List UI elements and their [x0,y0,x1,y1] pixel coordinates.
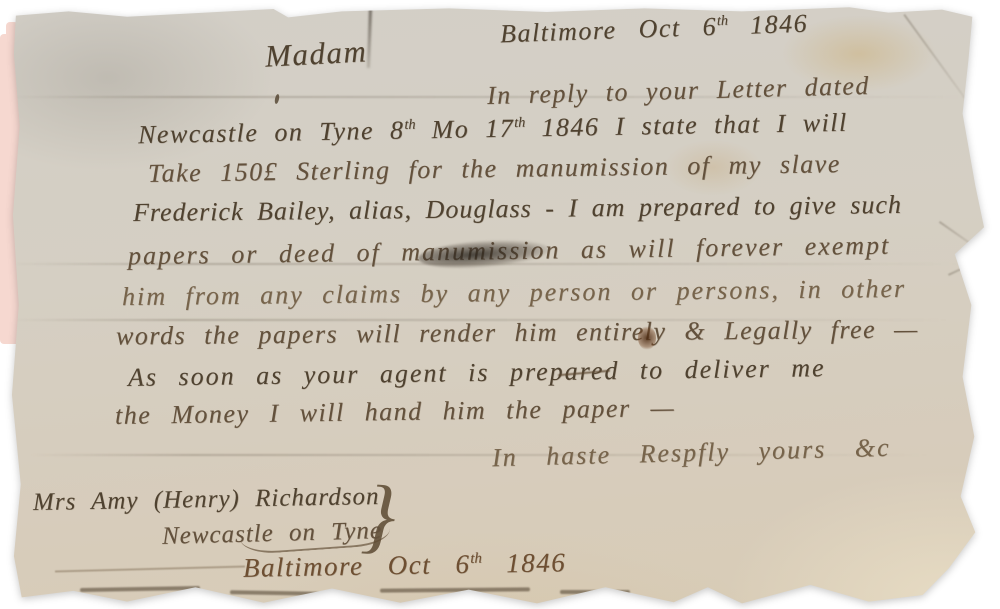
dash-mark [55,566,245,573]
letter-paper-wrap: Baltimore Oct 6th 1846 Madam In reply to… [0,0,1000,609]
body-line-7: words the papers will render him entirel… [116,314,919,351]
torn-edge-mark [560,590,630,594]
body-line-2: Newcastle on Tyne 8th Mo 17th 1846 I sta… [138,108,848,150]
body-line-9: the Money I will hand him the paper — [115,393,676,431]
address-name-text: Mrs Amy (Henry) Richardson [33,483,380,516]
body-line-3-text: Take 150£ Sterling for the manumission o… [148,149,841,188]
body-line-3: Take 150£ Sterling for the manumission o… [148,149,841,189]
letter-paper: Baltimore Oct 6th 1846 Madam In reply to… [10,6,986,604]
scanned-letter-page: Baltimore Oct 6th 1846 Madam In reply to… [0,0,1000,609]
body-line-1-text: In reply to your Letter dated [487,71,871,110]
body-line-2-sup2: th [514,115,525,131]
salutation-text: Madam [264,33,368,73]
dateline-top-year: 1846 [728,9,809,41]
dateline-top-text: Baltimore Oct 6 [500,12,718,49]
salutation: Madam [264,33,368,74]
fold-line-right-2 [948,244,1000,275]
dateline-top: Baltimore Oct 6th 1846 [500,9,809,50]
body-line-6: him from any claims by any person or per… [122,274,906,312]
body-line-1: In reply to your Letter dated [487,71,871,111]
closing-line: In haste Respfly yours &c [492,433,891,473]
body-line-2-a: Newcastle on Tyne 8 [138,116,405,150]
body-line-9-text: the Money I will hand him the paper — [115,393,676,430]
body-line-2-b: Mo 17 [415,114,514,145]
closing-text: In haste Respfly yours &c [492,433,891,472]
dateline-bottom-sup: th [470,551,482,567]
crease-diagonal-top-right [903,14,984,124]
crease-vertical-top [367,6,372,68]
dateline-bottom-year: 1846 [482,547,567,578]
body-line-8-text: As soon as your agent is prepared to del… [128,353,826,392]
body-line-8: As soon as your agent is prepared to del… [128,353,826,393]
ink-mark [274,94,280,105]
dateline-top-sup: th [717,13,729,29]
dateline-bottom: Baltimore Oct 6th 1846 [243,547,567,584]
body-line-4: Frederick Bailey, alias, Douglass - I am… [133,190,902,228]
ink-blot [638,326,656,350]
torn-edge-mark [380,587,530,592]
fold-line-right-1 [939,221,991,258]
body-line-2-sup1: th [404,117,415,133]
dateline-bottom-text: Baltimore Oct 6 [243,549,471,583]
body-line-6-text: him from any claims by any person or per… [122,274,906,311]
torn-edge-mark [80,586,200,592]
address-name: Mrs Amy (Henry) Richardson [33,483,380,518]
body-line-7-text: words the papers will render him entirel… [116,314,919,350]
torn-edge-mark [230,590,320,596]
body-line-4-text: Frederick Bailey, alias, Douglass - I am… [133,190,902,227]
body-line-2-c: 1846 I state that I will [525,108,848,143]
